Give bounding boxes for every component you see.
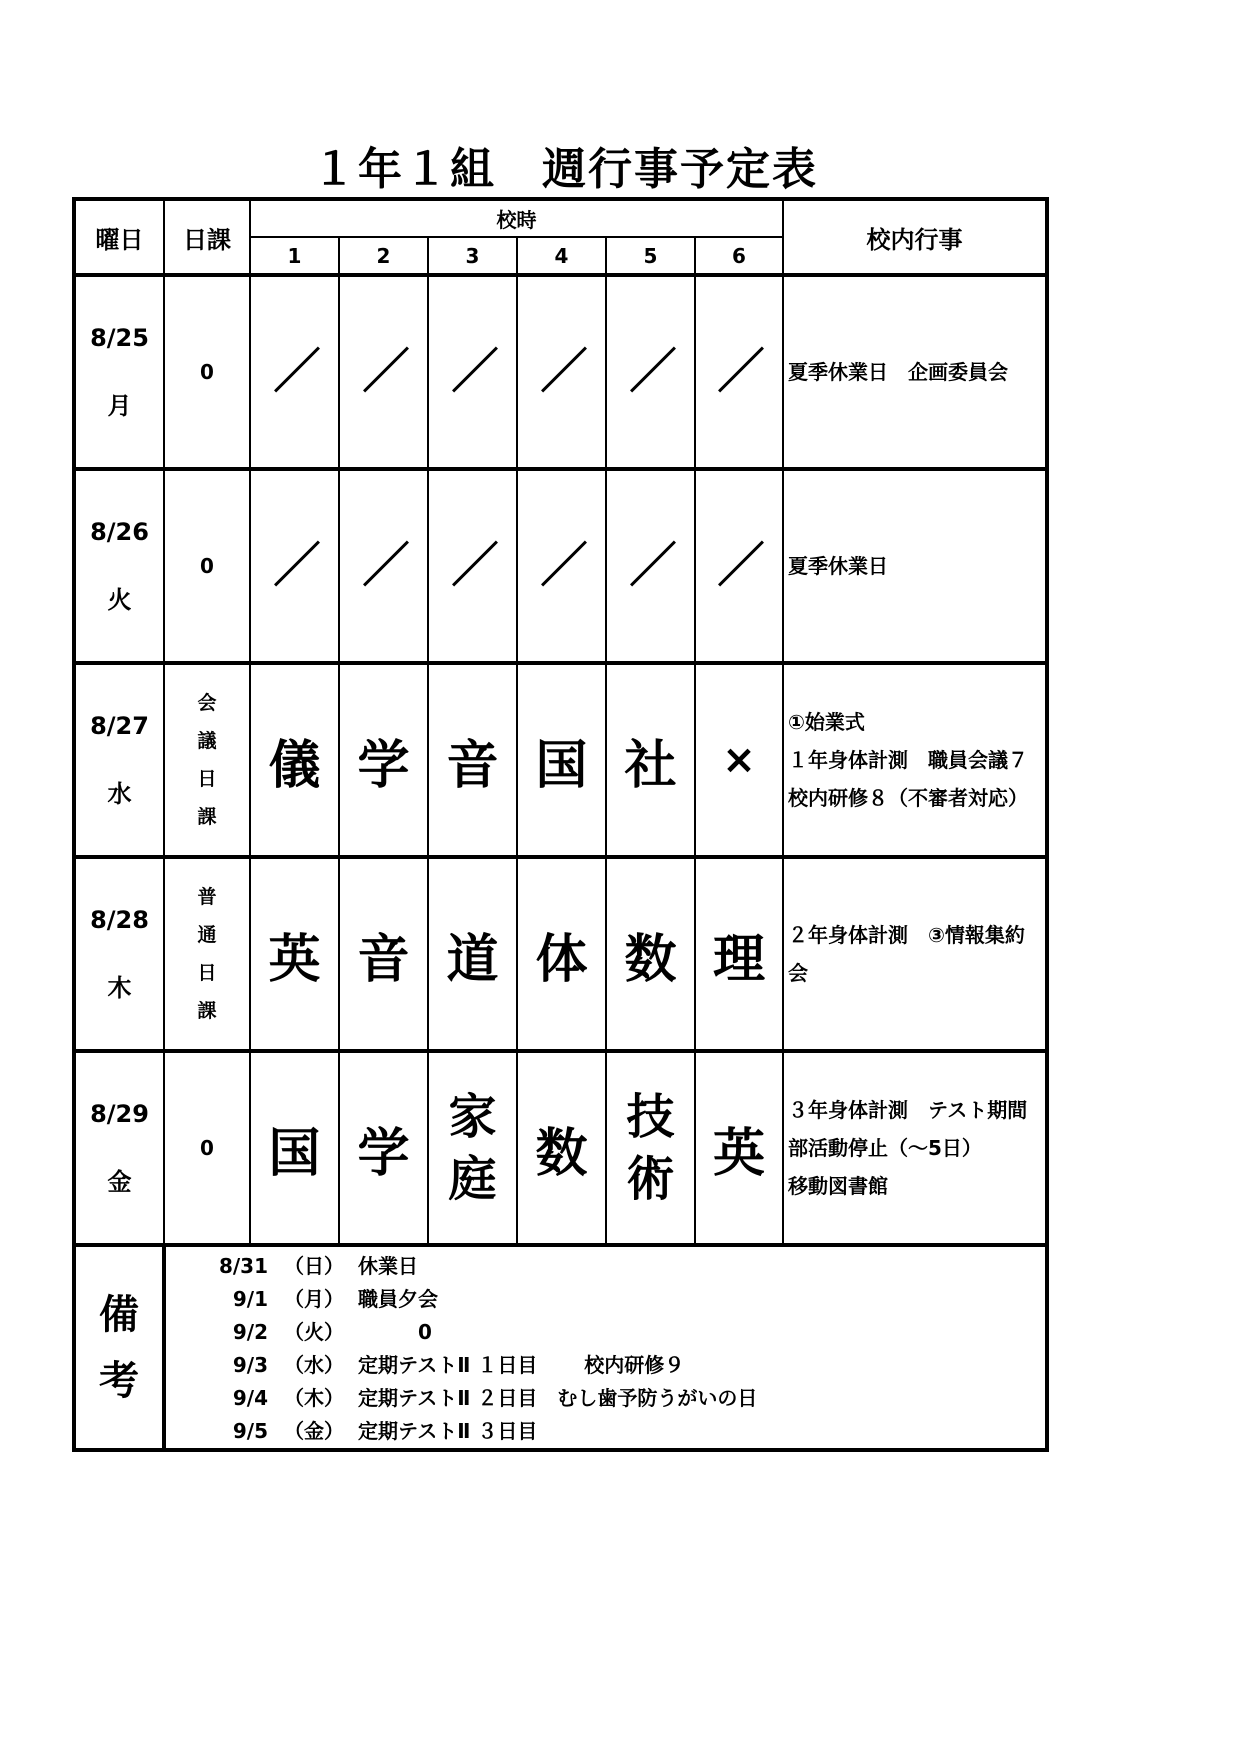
slash-icon [714,345,764,395]
note-text: 職員夕会 [344,1283,438,1316]
subject-cell: 国 [517,663,606,857]
note-item: 9/1（月）職員夕会 [166,1283,1045,1316]
period-cell [695,275,783,469]
date: 8/25 [76,304,163,372]
period-cell [606,275,695,469]
day-row-3: 8/28木 普通日課 英 音 道 体 数 理 ２年身体計測 ③情報集約会 [74,857,1047,1051]
note-item: 9/5（金）定期テストⅡ ３日目 [166,1415,1045,1448]
note-item: 9/3（水）定期テストⅡ １日目 校内研修９ [166,1349,1045,1382]
period-cell [339,469,428,663]
subject-vertical-text: 家庭 [429,1086,516,1210]
subject-cell: 道 [428,857,517,1051]
note-dow: （日） [268,1250,344,1283]
period-1: 1 [250,237,339,275]
subject-cell: 儀 [250,663,339,857]
slash-icon [359,539,409,589]
kadai-cell: 0 [164,275,250,469]
note-item: 9/4（木）定期テストⅡ ２日目 むし歯予防うがいの日 [166,1382,1045,1415]
note-date: 9/2 [166,1316,268,1349]
day-of-week: 木 [76,954,163,1022]
subject-cell: 学 [339,1051,428,1245]
subject-cell: 音 [339,857,428,1051]
header-dow: 曜日 [74,199,164,275]
events-cell: ２年身体計測 ③情報集約会 [783,857,1047,1051]
day-row-2: 8/27水 会議日課 儀 学 音 国 社 × ①始業式１年身体計測 職員会議７ … [74,663,1047,857]
page-title: １年１組 週行事予定表 [0,133,1130,197]
subject-cell: 学 [339,663,428,857]
note-date: 9/3 [166,1349,268,1382]
period-cell [428,275,517,469]
period-cell [428,469,517,663]
period-cell [606,469,695,663]
day-row-0: 8/25月 0 夏季休業日 企画委員会 [74,275,1047,469]
kadai-vertical-text: 会議日課 [165,684,249,836]
period-cell [695,469,783,663]
note-text: 休業日 [344,1250,418,1283]
events-cell: ①始業式１年身体計測 職員会議７ 校内研修８（不審者対応） [783,663,1047,857]
events-text: ３年身体計測 テスト期間部活動停止（～5日）移動図書館 [788,1091,1043,1205]
period-6: 6 [695,237,783,275]
note-dow: （月） [268,1283,344,1316]
note-dow: （火） [268,1316,344,1349]
kadai-cell: 会議日課 [164,663,250,857]
kadai-vertical-text: 普通日課 [165,878,249,1030]
kadai-cell: 0 [164,1051,250,1245]
slash-icon [537,539,587,589]
date: 8/28 [76,886,163,954]
subject-cell: 体 [517,857,606,1051]
slash-icon [448,345,498,395]
note-text: 定期テストⅡ ３日目 [344,1415,537,1448]
events-cell: 夏季休業日 [783,469,1047,663]
period-cell [250,469,339,663]
day-row-1: 8/26火 0 夏季休業日 [74,469,1047,663]
subject-cell: 音 [428,663,517,857]
slash-icon [626,345,676,395]
day-of-week: 金 [76,1148,163,1216]
date: 8/27 [76,692,163,760]
note-date: 9/4 [166,1382,268,1415]
kadai-cell: 0 [164,469,250,663]
note-text: 定期テストⅡ ２日目 むし歯予防うがいの日 [344,1382,757,1415]
subject-cell: 数 [606,857,695,1051]
date-cell: 8/26火 [74,469,164,663]
events-cell: 夏季休業日 企画委員会 [783,275,1047,469]
weekly-schedule-table: 曜日 日課 校時 校内行事 1 2 3 4 5 6 8/25月 0 夏季休業日 … [72,197,1049,1452]
notes-content: 8/31（日）休業日 9/1（月）職員夕会 9/2（火） 0 9/3（水）定期テ… [164,1245,1047,1450]
period-4: 4 [517,237,606,275]
period-cell [517,469,606,663]
note-dow: （水） [268,1349,344,1382]
day-of-week: 水 [76,760,163,828]
period-2: 2 [339,237,428,275]
period-3: 3 [428,237,517,275]
header-events: 校内行事 [783,199,1047,275]
note-item: 8/31（日）休業日 [166,1250,1045,1283]
date-cell: 8/27水 [74,663,164,857]
period-5: 5 [606,237,695,275]
date-cell: 8/28木 [74,857,164,1051]
slash-icon [448,539,498,589]
period-cell [339,275,428,469]
slash-icon [626,539,676,589]
note-date: 9/1 [166,1283,268,1316]
subject-cell: 英 [250,857,339,1051]
day-of-week: 火 [76,566,163,634]
note-text: 0 [344,1316,432,1349]
subject-cell: 国 [250,1051,339,1245]
note-dow: （金） [268,1415,344,1448]
subject-cell: 英 [695,1051,783,1245]
notes-label-cell: 備考 [74,1245,164,1450]
note-text: 定期テストⅡ １日目 校内研修９ [344,1349,684,1382]
slash-icon [359,345,409,395]
date: 8/29 [76,1080,163,1148]
subject-vertical-text: 技術 [607,1086,694,1210]
period-cell [517,275,606,469]
slash-icon [270,539,320,589]
header-kadai: 日課 [164,199,250,275]
subject-cell: 理 [695,857,783,1051]
notes-row: 備考 8/31（日）休業日 9/1（月）職員夕会 9/2（火） 0 9/3（水）… [74,1245,1047,1450]
events-text: ①始業式１年身体計測 職員会議７ 校内研修８（不審者対応） [788,703,1043,817]
cross-icon: × [695,663,783,857]
note-item: 9/2（火） 0 [166,1316,1045,1349]
header-row: 曜日 日課 校時 校内行事 [74,199,1047,237]
note-date: 8/31 [166,1250,268,1283]
notes-label: 備考 [76,1282,162,1414]
day-row-4: 8/29金 0 国 学 家庭 数 技術 英 ３年身体計測 テスト期間部活動停止（… [74,1051,1047,1245]
subject-cell: 技術 [606,1051,695,1245]
subject-cell: 家庭 [428,1051,517,1245]
slash-icon [714,539,764,589]
date-cell: 8/29金 [74,1051,164,1245]
subject-cell: 数 [517,1051,606,1245]
date-cell: 8/25月 [74,275,164,469]
subject-cell: 社 [606,663,695,857]
note-dow: （木） [268,1382,344,1415]
events-cell: ３年身体計測 テスト期間部活動停止（～5日）移動図書館 [783,1051,1047,1245]
day-of-week: 月 [76,372,163,440]
kadai-cell: 普通日課 [164,857,250,1051]
note-date: 9/5 [166,1415,268,1448]
date: 8/26 [76,498,163,566]
period-cell [250,275,339,469]
slash-icon [270,345,320,395]
slash-icon [537,345,587,395]
header-periods: 校時 [250,199,783,237]
